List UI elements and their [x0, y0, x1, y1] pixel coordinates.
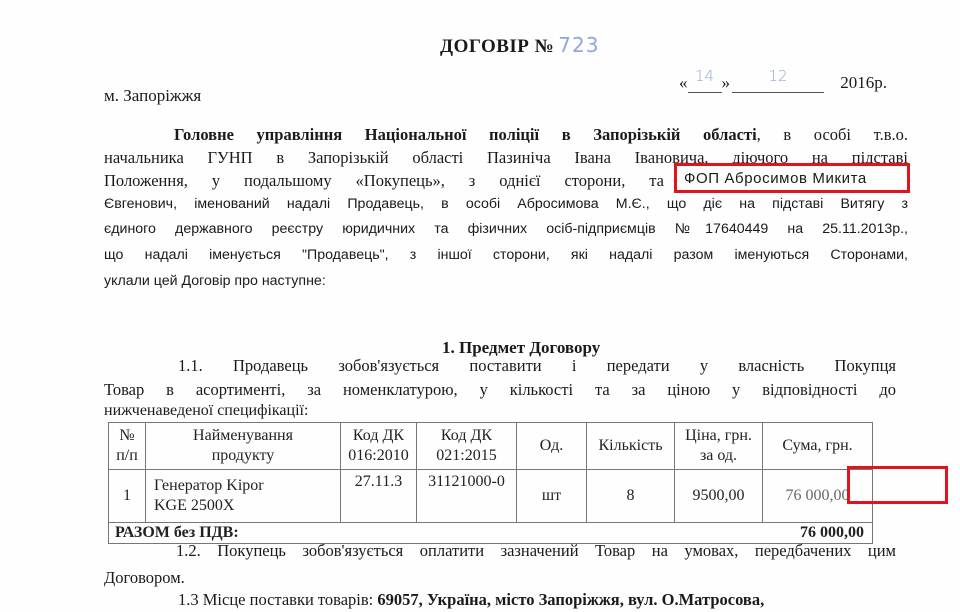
date-close-quote: » [722, 73, 731, 92]
date-month: 12 [768, 67, 787, 85]
cell-unit-price: 9500,00 [675, 470, 763, 523]
preamble-line-1-rest: , в особі т.в.о. [757, 125, 908, 144]
contract-city: м. Запоріжжя [104, 86, 201, 106]
preamble-line-3: Положення, у подальшому «Покупець», з од… [104, 171, 664, 191]
clause-1-2-line-2: Договором. [104, 568, 185, 588]
cell-dk-2015: 31121000-0 [417, 470, 517, 523]
contract-title: ДОГОВІР №723 [440, 33, 599, 58]
clause-1-2-line-1-text: 1.2. Покупець зобов'язується оплатити за… [176, 541, 896, 561]
cell-unit: шт [517, 470, 587, 523]
date-day: 14 [695, 67, 714, 85]
contract-title-prefix: ДОГОВІР № [440, 36, 554, 57]
header-quantity: Кількість [587, 423, 675, 470]
header-sum: Сума, грн. [763, 423, 873, 470]
preamble-line-6-text: що надалі іменується "Продавець", з іншо… [104, 247, 908, 263]
header-unit-price: Ціна, грн.за од. [675, 423, 763, 470]
preamble-line-5-text: єдиного державного реєстру юридичних та … [104, 221, 908, 237]
buyer-org-name: Головне управління Національної поліції … [174, 125, 757, 144]
clause-1-1-line-2-text: Товар в асортименті, за номенклатурою, у… [104, 380, 896, 400]
clause-1-2-line-1: 1.2. Покупець зобов'язується оплатити за… [176, 541, 896, 561]
cell-product-name: Генератор KiporKGE 2500X [146, 470, 341, 523]
preamble-line-3-text: Положення, у подальшому «Покупець», з од… [104, 171, 664, 191]
date-month-blank: 12 [732, 72, 824, 93]
clause-1-1-line-3: нижченаведеної специфікації: [104, 402, 308, 420]
clause-1-1-line-2: Товар в асортименті, за номенклатурою, у… [104, 380, 896, 400]
table-header-row: №п/п Найменуванняпродукту Код ДК016:2010… [109, 423, 873, 470]
cell-no: 1 [109, 470, 146, 523]
table-row: 1 Генератор KiporKGE 2500X 27.11.3 31121… [109, 470, 873, 523]
header-no: №п/п [109, 423, 146, 470]
clause-1-3: 1.3 Місце поставки товарів: 69057, Украї… [178, 590, 764, 610]
specification-table: №п/п Найменуванняпродукту Код ДК016:2010… [108, 422, 873, 544]
date-day-blank: 14 [688, 72, 722, 93]
preamble-line-7: уклали цей Договір про наступне: [104, 273, 326, 289]
header-product-name: Найменуванняпродукту [146, 423, 341, 470]
header-unit: Од. [517, 423, 587, 470]
cell-dk-2010: 27.11.3 [341, 470, 417, 523]
contract-number-handwritten: 723 [558, 33, 599, 57]
highlight-box-seller [674, 163, 910, 193]
preamble-line-6: що надалі іменується "Продавець", з іншо… [104, 247, 908, 263]
section-1-heading: 1. Предмет Договору [442, 338, 600, 358]
header-dk-2015: Код ДК021:2015 [417, 423, 517, 470]
clause-1-1-line-1-text: 1.1. Продавець зобов'язується поставити … [178, 356, 896, 376]
date-open-quote: « [679, 73, 688, 92]
cell-quantity: 8 [587, 470, 675, 523]
header-dk-2010: Код ДК016:2010 [341, 423, 417, 470]
preamble-line-4-text: Євгенович, іменований надалі Продавець, … [104, 196, 908, 212]
clause-1-3-prefix: 1.3 Місце поставки товарів: [178, 590, 377, 609]
date-year: 2016р. [840, 73, 887, 92]
preamble-line-1: Головне управління Національної поліції … [174, 125, 908, 145]
highlight-box-sum [847, 466, 948, 504]
preamble-line-5: єдиного державного реєстру юридичних та … [104, 221, 908, 237]
contract-date: «14»12 2016р. [679, 72, 887, 93]
preamble-line-4: Євгенович, іменований надалі Продавець, … [104, 196, 908, 212]
delivery-address: 69057, Україна, місто Запоріжжя, вул. О.… [377, 590, 764, 609]
clause-1-1-line-1: 1.1. Продавець зобов'язується поставити … [178, 356, 896, 376]
